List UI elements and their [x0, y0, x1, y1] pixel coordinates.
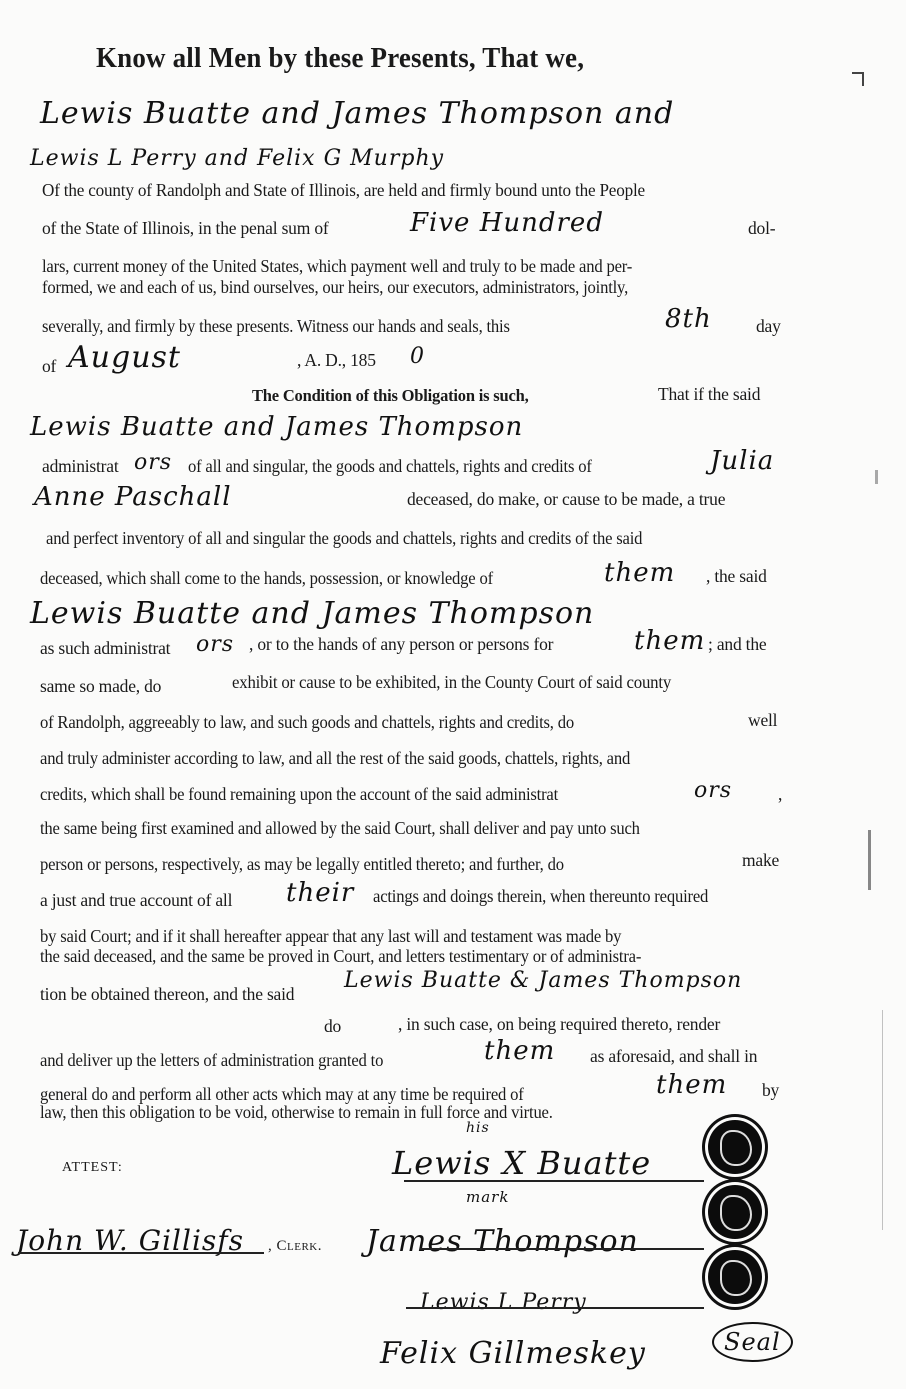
handwritten-admin-suffix-2: ors: [196, 632, 234, 657]
attest-label: ATTEST:: [62, 1160, 123, 1176]
scan-mark: [868, 830, 871, 890]
bond-document: Know all Men by these Presents, That we,…: [0, 0, 906, 1389]
signer-2-line: [420, 1248, 704, 1250]
text-line-hands: , or to the hands of any person or perso…: [249, 634, 553, 655]
text-by: by: [762, 1080, 779, 1101]
text-line-inventory: and perfect inventory of all and singula…: [46, 528, 642, 549]
text-of: of: [42, 356, 56, 377]
signer-1-his: his: [466, 1120, 490, 1136]
handwritten-obligors-line2: Lewis L Perry and Felix G Murphy: [30, 146, 444, 171]
text-line-severally: severally, and firmly by these presents.…: [42, 316, 510, 337]
scan-mark: [882, 1010, 883, 1230]
text-condition-tail: That if the said: [658, 384, 760, 405]
text-day: day: [756, 316, 781, 337]
signer-1-line: [404, 1180, 704, 1182]
text-and-the: ; and the: [708, 634, 766, 655]
text-line-credits: credits, which shall be found remaining …: [40, 784, 558, 805]
handwritten-admin-suffix: ors: [134, 450, 172, 475]
handwritten-deceased-first: Julia: [710, 446, 774, 476]
text-make: make: [742, 850, 779, 871]
signer-1-signature: Lewis X Buatte: [392, 1144, 651, 1182]
handwritten-administrators-3: Lewis Buatte & James Thompson: [344, 968, 742, 993]
text-same-so-made: same so made, do: [40, 676, 161, 697]
text-line-same-being: the same being first examined and allowe…: [40, 818, 640, 839]
text-line-county: Of the county of Randolph and State of I…: [42, 180, 645, 201]
text-the-said: , the said: [706, 566, 767, 587]
handwritten-deceased-name: Anne Paschall: [34, 482, 232, 512]
text-line-just: a just and true account of all: [40, 890, 232, 911]
text-line-deliver: and deliver up the letters of administra…: [40, 1050, 383, 1071]
handwritten-administrators-2: Lewis Buatte and James Thompson: [30, 596, 594, 631]
text-line-penal: of the State of Illinois, in the penal s…: [42, 218, 329, 239]
clerk-signature-line: [18, 1252, 264, 1254]
text-line-by-said-court: by said Court; and if it shall hereafter…: [40, 926, 621, 947]
condition-heading: The Condition of this Obligation is such…: [252, 386, 529, 406]
text-aforesaid: as aforesaid, and shall in: [590, 1046, 757, 1067]
seal-icon: [708, 1120, 762, 1174]
text-comma: ,: [778, 784, 782, 805]
text-well: well: [748, 710, 777, 731]
text-ad: , A. D., 185: [297, 350, 376, 371]
handwritten-obligors-line1: Lewis Buatte and James Thompson and: [40, 96, 674, 131]
handwritten-them-3: them: [484, 1036, 555, 1066]
text-line-randolph: of Randolph, aggreeably to law, and such…: [40, 712, 574, 733]
handwritten-administrators-1: Lewis Buatte and James Thompson: [30, 412, 523, 442]
text-line-actings: actings and doings therein, when thereun…: [373, 886, 708, 907]
signer-3-line: [406, 1307, 704, 1309]
handwritten-month: August: [68, 340, 181, 375]
document-title: Know all Men by these Presents, That we,: [96, 42, 584, 75]
handwritten-them-4: them: [656, 1070, 727, 1100]
handwritten-them-1: them: [604, 558, 675, 588]
signer-1-mark: mark: [466, 1188, 509, 1206]
handwritten-them-2: them: [634, 626, 705, 656]
signer-3-signature: Lewis L Perry: [420, 1290, 587, 1315]
seal-icon: [708, 1185, 762, 1239]
text-line-exhibit: exhibit or cause to be exhibited, in the…: [232, 672, 671, 693]
text-line-tion: tion be obtained thereon, and the said: [40, 984, 294, 1005]
handwritten-year-digit: 0: [410, 344, 425, 369]
clerk-label: , Clerk.: [268, 1238, 322, 1255]
text-line-deceased: deceased, do make, or cause to be made, …: [407, 489, 725, 510]
text-line-person: person or persons, respectively, as may …: [40, 854, 564, 875]
text-line-truly: and truly administer according to law, a…: [40, 748, 630, 769]
handwritten-day: 8th: [665, 304, 712, 334]
seal-icon: [708, 1250, 762, 1304]
scan-mark: [862, 72, 864, 86]
text-line-lars: lars, current money of the United States…: [42, 256, 632, 277]
text-dol: dol-: [748, 218, 775, 239]
handwritten-admin-suffix-3: ors: [694, 778, 732, 803]
text-line-render: , in such case, on being required theret…: [398, 1014, 720, 1035]
text-line-goods: of all and singular, the goods and chatt…: [188, 456, 592, 477]
signer-4-signature: Felix Gillmeskey: [380, 1336, 646, 1371]
handwritten-penal-sum: Five Hundred: [410, 208, 604, 238]
signer-2-signature: James Thompson: [366, 1224, 639, 1259]
text-line-formed: formed, we and each of us, bind ourselve…: [42, 277, 628, 298]
text-as-such: as such administrat: [40, 638, 170, 659]
text-line-knowledge: deceased, which shall come to the hands,…: [40, 568, 493, 589]
scan-mark: [875, 470, 878, 484]
text-administrat: administrat: [42, 456, 119, 477]
text-do: do: [324, 1016, 341, 1037]
text-line-proved: the said deceased, and the same be prove…: [40, 946, 641, 967]
handwritten-their: their: [286, 878, 354, 908]
seal-scroll-icon: Seal: [712, 1322, 793, 1362]
